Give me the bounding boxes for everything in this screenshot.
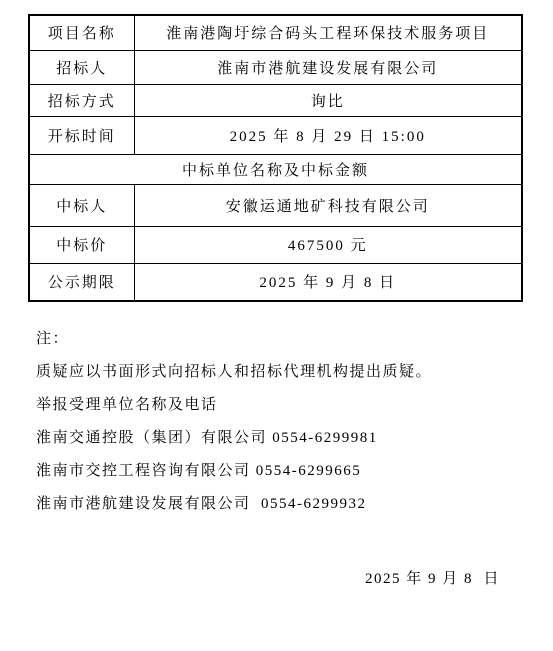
row-value-publicity-period: 2025 年 9 月 8 日 bbox=[134, 263, 522, 301]
table-row-publicity-period: 公示期限 2025 年 9 月 8 日 bbox=[29, 263, 522, 301]
report-agency-line: 淮南市交控工程咨询有限公司 0554-6299665 bbox=[36, 464, 533, 479]
row-label-winning-price: 中标价 bbox=[29, 226, 134, 263]
bid-result-table: 项目名称 淮南港陶圩综合码头工程环保技术服务项目 招标人 淮南市港航建设发展有限… bbox=[28, 14, 523, 302]
row-label-tender-method: 招标方式 bbox=[29, 84, 134, 116]
announcement-date: 2025 年 9 月 8 日 bbox=[365, 567, 500, 588]
row-value-opening-time: 2025 年 8 月 29 日 15:00 bbox=[134, 116, 522, 154]
row-label-winner: 中标人 bbox=[29, 184, 134, 226]
row-value-project-name: 淮南港陶圩综合码头工程环保技术服务项目 bbox=[134, 15, 522, 50]
table-row-winner: 中标人 安徽运通地矿科技有限公司 bbox=[29, 184, 522, 226]
table-row-tenderer: 招标人 淮南市港航建设发展有限公司 bbox=[29, 50, 522, 84]
winner-section-header: 中标单位名称及中标金额 bbox=[29, 154, 522, 184]
row-label-publicity-period: 公示期限 bbox=[29, 263, 134, 301]
notes-section: 注： 质疑应以书面形式向招标人和招标代理机构提出质疑。 举报受理单位名称及电话 … bbox=[36, 332, 533, 530]
objection-instruction: 质疑应以书面形式向招标人和招标代理机构提出质疑。 bbox=[36, 365, 533, 380]
table-row-project-name: 项目名称 淮南港陶圩综合码头工程环保技术服务项目 bbox=[29, 15, 522, 50]
note-label: 注： bbox=[36, 332, 533, 347]
report-agency-line: 淮南交通控股（集团）有限公司 0554-6299981 bbox=[36, 431, 533, 446]
table-row-opening-time: 开标时间 2025 年 8 月 29 日 15:00 bbox=[29, 116, 522, 154]
table-row-winner-section-header: 中标单位名称及中标金额 bbox=[29, 154, 522, 184]
table-row-tender-method: 招标方式 询比 bbox=[29, 84, 522, 116]
row-value-winning-price: 467500 元 bbox=[134, 226, 522, 263]
table-row-winning-price: 中标价 467500 元 bbox=[29, 226, 522, 263]
report-agency-line: 淮南市港航建设发展有限公司 0554-6299932 bbox=[36, 497, 533, 512]
report-heading: 举报受理单位名称及电话 bbox=[36, 398, 533, 413]
row-label-opening-time: 开标时间 bbox=[29, 116, 134, 154]
row-label-tenderer: 招标人 bbox=[29, 50, 134, 84]
row-value-tenderer: 淮南市港航建设发展有限公司 bbox=[134, 50, 522, 84]
row-value-tender-method: 询比 bbox=[134, 84, 522, 116]
announcement-document: 项目名称 淮南港陶圩综合码头工程环保技术服务项目 招标人 淮南市港航建设发展有限… bbox=[0, 0, 553, 651]
row-value-winner: 安徽运通地矿科技有限公司 bbox=[134, 184, 522, 226]
row-label-project-name: 项目名称 bbox=[29, 15, 134, 50]
